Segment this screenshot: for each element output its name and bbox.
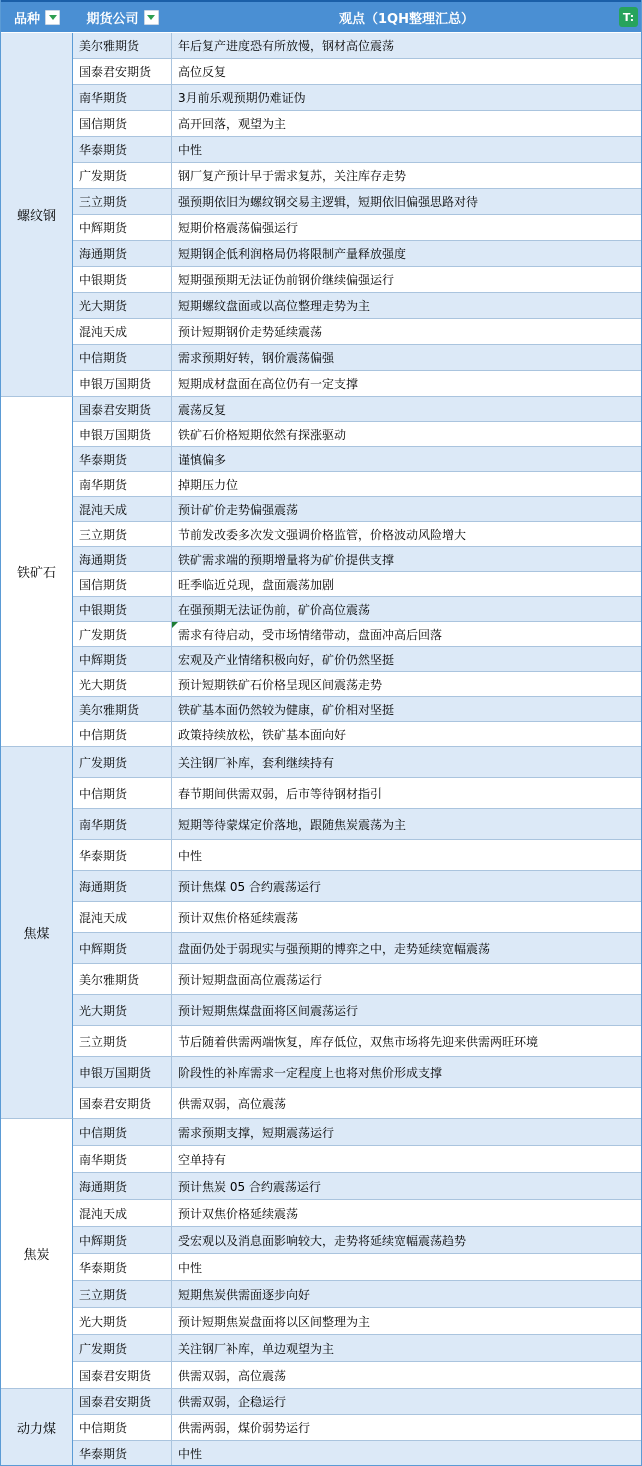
company-cell[interactable]: 南华期货 <box>73 1146 172 1172</box>
company-cell[interactable]: 申银万国期货 <box>73 422 172 446</box>
chevron-down-icon <box>49 15 57 20</box>
view-cell[interactable]: 谨慎偏多 <box>172 447 641 471</box>
view-cell[interactable]: 在强预期无法证伪前，矿价高位震荡 <box>172 597 641 621</box>
view-cell[interactable]: 震荡反复 <box>172 397 641 421</box>
view-cell[interactable]: 供需两弱，煤价弱势运行 <box>172 1415 641 1440</box>
table-row: 中银期货 短期强预期无法证伪前钢价继续偏强运行 <box>73 267 641 293</box>
view-text: 预计短期铁矿石价格呈现区间震荡走势 <box>178 676 382 693</box>
view-text: 供需双弱，高位震荡 <box>178 1095 286 1112</box>
table-body: 螺纹钢 美尔雅期货 年后复产进度恐有所放慢，钢材高位震荡 国泰君安期货 高位反复… <box>1 33 641 1466</box>
company-cell[interactable]: 华泰期货 <box>73 1441 172 1466</box>
view-cell[interactable]: 3月前乐观预期仍难证伪 <box>172 85 641 110</box>
table-row: 三立期货 节前发改委多次发文强调价格监管，价格波动风险增大 <box>73 522 641 547</box>
view-text: 供需双弱，企稳运行 <box>178 1393 286 1410</box>
view-cell[interactable]: 预计双焦价格延续震荡 <box>172 1200 641 1226</box>
view-text: 中性 <box>178 1259 202 1276</box>
view-text: 关注钢厂补库，套利继续持有 <box>178 754 334 771</box>
view-cell[interactable]: 预计短期钢价走势延续震荡 <box>172 319 641 344</box>
view-cell[interactable]: 节前发改委多次发文强调价格监管，价格波动风险增大 <box>172 522 641 546</box>
table-row: 中辉期货 短期价格震荡偏强运行 <box>73 215 641 241</box>
company-cell[interactable]: 中辉期货 <box>73 1227 172 1253</box>
view-cell[interactable]: 中性 <box>172 137 641 162</box>
company-cell[interactable]: 海通期货 <box>73 1173 172 1199</box>
view-text: 受宏观以及消息面影响较大，走势将延续宽幅震荡趋势 <box>178 1232 466 1249</box>
table-row: 国泰君安期货 供需双弱，高位震荡 <box>73 1088 641 1119</box>
view-text: 年后复产进度恐有所放慢，钢材高位震荡 <box>178 37 394 54</box>
view-cell[interactable]: 短期焦炭供需面逐步向好 <box>172 1281 641 1307</box>
variety-cell[interactable]: 焦炭 <box>1 1119 73 1389</box>
futures-views-table: 品种 期货公司 观点（1QH整理汇总） T: 螺纹钢 美尔雅期货 年后复产进度恐… <box>0 0 642 1466</box>
company-cell[interactable]: 中信期货 <box>73 1119 172 1145</box>
view-text: 3月前乐观预期仍难证伪 <box>178 89 306 106</box>
table-row: 华泰期货 中性 <box>73 137 641 163</box>
view-text: 短期成材盘面在高位仍有一定支撑 <box>178 375 358 392</box>
view-text: 短期螺纹盘面或以高位整理走势为主 <box>178 297 370 314</box>
table-row: 广发期货 需求有待启动，受市场情绪带动，盘面冲高后回落 <box>73 622 641 647</box>
table-row: 美尔雅期货 铁矿基本面仍然较为健康，矿价相对坚挺 <box>73 697 641 722</box>
view-text: 中性 <box>178 1445 202 1462</box>
company-cell[interactable]: 中信期货 <box>73 1415 172 1440</box>
view-cell[interactable]: 盘面仍处于弱现实与强预期的博弈之中，走势延续宽幅震荡 <box>172 933 641 963</box>
view-text: 盘面仍处于弱现实与强预期的博弈之中，走势延续宽幅震荡 <box>178 940 490 957</box>
table-row: 中辉期货 受宏观以及消息面影响较大，走势将延续宽幅震荡趋势 <box>73 1227 641 1254</box>
table-row: 南华期货 掉期压力位 <box>73 472 641 497</box>
table-row: 三立期货 短期焦炭供需面逐步向好 <box>73 1281 641 1308</box>
company-cell[interactable]: 美尔雅期货 <box>73 697 172 721</box>
view-text: 预计双焦价格延续震荡 <box>178 1205 298 1222</box>
table-row: 南华期货 空单持有 <box>73 1146 641 1173</box>
company-column-label: 期货公司 <box>86 8 138 27</box>
company-cell[interactable]: 广发期货 <box>73 622 172 646</box>
view-text: 钢厂复产预计早于需求复苏，关注库存走势 <box>178 167 406 184</box>
table-row: 海通期货 预计焦煤 05 合约震荡运行 <box>73 871 641 902</box>
view-text: 预计短期盘面高位震荡运行 <box>178 971 322 988</box>
table-row: 混沌天成 预计双焦价格延续震荡 <box>73 1200 641 1227</box>
company-cell[interactable]: 申银万国期货 <box>73 1057 172 1087</box>
table-row: 华泰期货 中性 <box>73 840 641 871</box>
company-cell[interactable]: 混沌天成 <box>73 319 172 344</box>
commodity-section: 焦炭 中信期货 需求预期支撑，短期震荡运行 南华期货 空单持有 海通期货 预计焦… <box>1 1119 641 1389</box>
view-text: 震荡反复 <box>178 401 226 418</box>
view-text: 政策持续放松，铁矿基本面向好 <box>178 726 346 743</box>
table-row: 国信期货 高开回落，观望为主 <box>73 111 641 137</box>
table-row: 中辉期货 宏观及产业情绪积极向好，矿价仍然坚挺 <box>73 647 641 672</box>
view-cell[interactable]: 关注钢厂补库，套利继续持有 <box>172 747 641 777</box>
view-cell[interactable]: 短期强预期无法证伪前钢价继续偏强运行 <box>172 267 641 292</box>
table-row: 美尔雅期货 预计短期盘面高位震荡运行 <box>73 964 641 995</box>
view-cell[interactable]: 预计短期盘面高位震荡运行 <box>172 964 641 994</box>
section-rows: 中信期货 需求预期支撑，短期震荡运行 南华期货 空单持有 海通期货 预计焦炭 0… <box>73 1119 641 1389</box>
view-cell[interactable]: 铁矿需求端的预期增量将为矿价提供支撑 <box>172 547 641 571</box>
commodity-section: 螺纹钢 美尔雅期货 年后复产进度恐有所放慢，钢材高位震荡 国泰君安期货 高位反复… <box>1 33 641 397</box>
header-cell-view[interactable]: 观点（1QH整理汇总） <box>172 2 641 32</box>
table-row: 中银期货 在强预期无法证伪前，矿价高位震荡 <box>73 597 641 622</box>
section-rows: 美尔雅期货 年后复产进度恐有所放慢，钢材高位震荡 国泰君安期货 高位反复 南华期… <box>73 33 641 397</box>
table-row: 申银万国期货 阶段性的补库需求一定程度上也将对焦价形成支撑 <box>73 1057 641 1088</box>
company-cell[interactable]: 国信期货 <box>73 572 172 596</box>
view-text: 中性 <box>178 847 202 864</box>
company-cell[interactable]: 中信期货 <box>73 722 172 746</box>
commodity-section: 铁矿石 国泰君安期货 震荡反复 申银万国期货 铁矿石价格短期依然有探涨驱动 华泰… <box>1 397 641 747</box>
view-text: 节后随着供需两端恢复，库存低位，双焦市场将先迎来供需两旺环境 <box>178 1033 538 1050</box>
view-cell[interactable]: 需求预期好转，钢价震荡偏强 <box>172 345 641 370</box>
view-text: 短期价格震荡偏强运行 <box>178 219 298 236</box>
view-cell[interactable]: 政策持续放松，铁矿基本面向好 <box>172 722 641 746</box>
view-text: 阶段性的补库需求一定程度上也将对焦价形成支撑 <box>178 1064 442 1081</box>
view-cell[interactable]: 需求有待启动，受市场情绪带动，盘面冲高后回落 <box>172 622 641 646</box>
view-cell[interactable]: 预计矿价走势偏强震荡 <box>172 497 641 521</box>
view-text: 预计矿价走势偏强震荡 <box>178 501 298 518</box>
table-row: 中信期货 需求预期好转，钢价震荡偏强 <box>73 345 641 371</box>
table-row: 三立期货 节后随着供需两端恢复，库存低位，双焦市场将先迎来供需两旺环境 <box>73 1026 641 1057</box>
view-cell[interactable]: 预计双焦价格延续震荡 <box>172 902 641 932</box>
view-text: 短期等待蒙煤定价落地，跟随焦炭震荡为主 <box>178 816 406 833</box>
view-cell[interactable]: 短期等待蒙煤定价落地，跟随焦炭震荡为主 <box>172 809 641 839</box>
company-cell[interactable]: 中辉期货 <box>73 933 172 963</box>
table-row: 广发期货 关注钢厂补库，套利继续持有 <box>73 747 641 778</box>
company-cell[interactable]: 华泰期货 <box>73 137 172 162</box>
view-text: 铁矿需求端的预期增量将为矿价提供支撑 <box>178 551 394 568</box>
view-cell[interactable]: 短期成材盘面在高位仍有一定支撑 <box>172 371 641 396</box>
table-row: 混沌天成 预计短期钢价走势延续震荡 <box>73 319 641 345</box>
table-row: 海通期货 预计焦炭 05 合约震荡运行 <box>73 1173 641 1200</box>
view-text: 中性 <box>178 141 202 158</box>
table-row: 海通期货 铁矿需求端的预期增量将为矿价提供支撑 <box>73 547 641 572</box>
table-row: 南华期货 3月前乐观预期仍难证伪 <box>73 85 641 111</box>
view-cell[interactable]: 中性 <box>172 840 641 870</box>
company-cell[interactable]: 中辉期货 <box>73 647 172 671</box>
company-cell[interactable]: 光大期货 <box>73 293 172 318</box>
company-cell[interactable]: 三立期货 <box>73 522 172 546</box>
view-cell[interactable]: 节后随着供需两端恢复，库存低位，双焦市场将先迎来供需两旺环境 <box>172 1026 641 1056</box>
table-row: 三立期货 强预期依旧为螺纹钢交易主逻辑，短期依旧偏强思路对待 <box>73 189 641 215</box>
view-text: 预计短期焦煤盘面将区间震荡运行 <box>178 1002 358 1019</box>
view-cell[interactable]: 受宏观以及消息面影响较大，走势将延续宽幅震荡趋势 <box>172 1227 641 1253</box>
view-text: 短期强预期无法证伪前钢价继续偏强运行 <box>178 271 394 288</box>
table-row: 中信期货 春节期间供需双弱，后市等待钢材指引 <box>73 778 641 809</box>
view-cell[interactable]: 强预期依旧为螺纹钢交易主逻辑，短期依旧偏强思路对待 <box>172 189 641 214</box>
company-cell[interactable]: 三立期货 <box>73 1281 172 1307</box>
section-rows: 国泰君安期货 震荡反复 申银万国期货 铁矿石价格短期依然有探涨驱动 华泰期货 谨… <box>73 397 641 747</box>
view-cell[interactable]: 供需双弱，高位震荡 <box>172 1362 641 1388</box>
view-cell[interactable]: 关注钢厂补库，单边观望为主 <box>172 1335 641 1361</box>
table-row: 国泰君安期货 震荡反复 <box>73 397 641 422</box>
company-cell[interactable]: 广发期货 <box>73 163 172 188</box>
section-rows: 国泰君安期货 供需双弱，企稳运行 中信期货 供需两弱，煤价弱势运行 华泰期货 中… <box>73 1389 641 1466</box>
table-row: 广发期货 关注钢厂补库，单边观望为主 <box>73 1335 641 1362</box>
table-row: 华泰期货 中性 <box>73 1441 641 1466</box>
view-text: 预计双焦价格延续震荡 <box>178 909 298 926</box>
view-text: 短期钢企低利润格局仍将限制产量释放强度 <box>178 245 406 262</box>
company-cell[interactable]: 南华期货 <box>73 809 172 839</box>
variety-filter-button[interactable] <box>45 10 60 25</box>
table-row: 华泰期货 谨慎偏多 <box>73 447 641 472</box>
section-rows: 广发期货 关注钢厂补库，套利继续持有 中信期货 春节期间供需双弱，后市等待钢材指… <box>73 747 641 1119</box>
view-cell[interactable]: 阶段性的补库需求一定程度上也将对焦价形成支撑 <box>172 1057 641 1087</box>
company-cell[interactable]: 国信期货 <box>73 111 172 136</box>
company-cell[interactable]: 申银万国期货 <box>73 371 172 396</box>
view-column-label: 观点（1QH整理汇总） <box>339 8 474 27</box>
view-cell[interactable]: 高开回落，观望为主 <box>172 111 641 136</box>
company-filter-button[interactable] <box>144 10 159 25</box>
header-cell-company[interactable]: 期货公司 <box>73 2 172 32</box>
table-row: 光大期货 预计短期焦煤盘面将区间震荡运行 <box>73 995 641 1026</box>
company-cell[interactable]: 三立期货 <box>73 1026 172 1056</box>
company-cell[interactable]: 光大期货 <box>73 672 172 696</box>
view-cell[interactable]: 短期螺纹盘面或以高位整理走势为主 <box>172 293 641 318</box>
company-cell[interactable]: 国泰君安期货 <box>73 1088 172 1118</box>
company-cell[interactable]: 国泰君安期货 <box>73 59 172 84</box>
view-text: 在强预期无法证伪前，矿价高位震荡 <box>178 601 370 618</box>
company-cell[interactable]: 中银期货 <box>73 597 172 621</box>
company-cell[interactable]: 混沌天成 <box>73 902 172 932</box>
company-cell[interactable]: 混沌天成 <box>73 497 172 521</box>
view-text: 预计短期钢价走势延续震荡 <box>178 323 322 340</box>
view-cell[interactable]: 需求预期支撑，短期震荡运行 <box>172 1119 641 1145</box>
table-row: 美尔雅期货 年后复产进度恐有所放慢，钢材高位震荡 <box>73 33 641 59</box>
view-text: 需求预期好转，钢价震荡偏强 <box>178 349 334 366</box>
chevron-down-icon <box>147 15 155 20</box>
company-cell[interactable]: 中辉期货 <box>73 215 172 240</box>
table-row: 中信期货 需求预期支撑，短期震荡运行 <box>73 1119 641 1146</box>
view-cell[interactable]: 短期价格震荡偏强运行 <box>172 215 641 240</box>
view-cell[interactable]: 掉期压力位 <box>172 472 641 496</box>
table-row: 混沌天成 预计矿价走势偏强震荡 <box>73 497 641 522</box>
view-text: 预计焦煤 05 合约震荡运行 <box>178 878 321 895</box>
view-text: 掉期压力位 <box>178 476 238 493</box>
company-cell[interactable]: 国泰君安期货 <box>73 1362 172 1388</box>
table-row: 国泰君安期货 高位反复 <box>73 59 641 85</box>
table-row: 国信期货 旺季临近兑现，盘面震荡加剧 <box>73 572 641 597</box>
company-cell[interactable]: 华泰期货 <box>73 840 172 870</box>
view-text: 高开回落，观望为主 <box>178 115 286 132</box>
company-cell[interactable]: 华泰期货 <box>73 1254 172 1280</box>
company-cell[interactable]: 海通期货 <box>73 547 172 571</box>
table-header-row: 品种 期货公司 观点（1QH整理汇总） T: <box>1 0 641 33</box>
commodity-section: 焦煤 广发期货 关注钢厂补库，套利继续持有 中信期货 春节期间供需双弱，后市等待… <box>1 747 641 1119</box>
variety-column-label: 品种 <box>14 8 40 27</box>
company-cell[interactable]: 海通期货 <box>73 871 172 901</box>
view-text: 预计短期焦炭盘面将以区间整理为主 <box>178 1313 370 1330</box>
table-row: 混沌天成 预计双焦价格延续震荡 <box>73 902 641 933</box>
table-row: 光大期货 预计短期焦炭盘面将以区间整理为主 <box>73 1308 641 1335</box>
table-row: 广发期货 钢厂复产预计早于需求复苏，关注库存走势 <box>73 163 641 189</box>
view-cell[interactable]: 高位反复 <box>172 59 641 84</box>
view-cell[interactable]: 铁矿石价格短期依然有探涨驱动 <box>172 422 641 446</box>
view-text: 节前发改委多次发文强调价格监管，价格波动风险增大 <box>178 526 466 543</box>
view-text: 高位反复 <box>178 63 226 80</box>
view-text: 需求有待启动，受市场情绪带动，盘面冲高后回落 <box>178 626 442 643</box>
view-text: 谨慎偏多 <box>178 451 226 468</box>
table-row: 申银万国期货 铁矿石价格短期依然有探涨驱动 <box>73 422 641 447</box>
view-cell[interactable]: 宏观及产业情绪积极向好，矿价仍然坚挺 <box>172 647 641 671</box>
company-cell[interactable]: 美尔雅期货 <box>73 964 172 994</box>
view-cell[interactable]: 预计短期铁矿石价格呈现区间震荡走势 <box>172 672 641 696</box>
view-cell[interactable]: 供需双弱，企稳运行 <box>172 1389 641 1414</box>
table-row: 光大期货 短期螺纹盘面或以高位整理走势为主 <box>73 293 641 319</box>
view-text: 短期焦炭供需面逐步向好 <box>178 1286 310 1303</box>
variety-cell[interactable]: 螺纹钢 <box>1 33 73 397</box>
view-cell[interactable]: 空单持有 <box>172 1146 641 1172</box>
view-cell[interactable]: 中性 <box>172 1254 641 1280</box>
view-text: 空单持有 <box>178 1151 226 1168</box>
company-cell[interactable]: 国泰君安期货 <box>73 397 172 421</box>
table-row: 南华期货 短期等待蒙煤定价落地，跟随焦炭震荡为主 <box>73 809 641 840</box>
table-row: 海通期货 短期钢企低利润格局仍将限制产量释放强度 <box>73 241 641 267</box>
table-row: 华泰期货 中性 <box>73 1254 641 1281</box>
company-cell[interactable]: 中信期货 <box>73 345 172 370</box>
view-text: 强预期依旧为螺纹钢交易主逻辑，短期依旧偏强思路对待 <box>178 193 478 210</box>
view-text: 旺季临近兑现，盘面震荡加剧 <box>178 576 334 593</box>
table-row: 国泰君安期货 供需双弱，高位震荡 <box>73 1362 641 1389</box>
commodity-section: 动力煤 国泰君安期货 供需双弱，企稳运行 中信期货 供需两弱，煤价弱势运行 华泰… <box>1 1389 641 1466</box>
table-row: 申银万国期货 短期成材盘面在高位仍有一定支撑 <box>73 371 641 397</box>
company-cell[interactable]: 海通期货 <box>73 241 172 266</box>
view-text: 需求预期支撑，短期震荡运行 <box>178 1124 334 1141</box>
view-cell[interactable]: 预计焦煤 05 合约震荡运行 <box>172 871 641 901</box>
company-cell[interactable]: 混沌天成 <box>73 1200 172 1226</box>
table-row: 中辉期货 盘面仍处于弱现实与强预期的博弈之中，走势延续宽幅震荡 <box>73 933 641 964</box>
table-row: 中信期货 供需两弱，煤价弱势运行 <box>73 1415 641 1441</box>
table-row: 光大期货 预计短期铁矿石价格呈现区间震荡走势 <box>73 672 641 697</box>
company-cell[interactable]: 广发期货 <box>73 1335 172 1361</box>
view-text: 供需双弱，高位震荡 <box>178 1367 286 1384</box>
company-cell[interactable]: 美尔雅期货 <box>73 33 172 58</box>
view-cell[interactable]: 旺季临近兑现，盘面震荡加剧 <box>172 572 641 596</box>
company-cell[interactable]: 广发期货 <box>73 747 172 777</box>
company-cell[interactable]: 中信期货 <box>73 778 172 808</box>
view-cell[interactable]: 预计焦炭 05 合约震荡运行 <box>172 1173 641 1199</box>
view-text: 预计焦炭 05 合约震荡运行 <box>178 1178 321 1195</box>
company-cell[interactable]: 国泰君安期货 <box>73 1389 172 1414</box>
view-cell[interactable]: 铁矿基本面仍然较为健康，矿价相对坚挺 <box>172 697 641 721</box>
view-cell[interactable]: 年后复产进度恐有所放慢，钢材高位震荡 <box>172 33 641 58</box>
view-cell[interactable]: 春节期间供需双弱，后市等待钢材指引 <box>172 778 641 808</box>
company-cell[interactable]: 南华期货 <box>73 472 172 496</box>
view-cell[interactable]: 中性 <box>172 1441 641 1466</box>
table-row: 国泰君安期货 供需双弱，企稳运行 <box>73 1389 641 1415</box>
view-text: 供需两弱，煤价弱势运行 <box>178 1419 310 1436</box>
view-text: 关注钢厂补库，单边观望为主 <box>178 1340 334 1357</box>
company-cell[interactable]: 光大期货 <box>73 995 172 1025</box>
table-filter-icon[interactable]: T: <box>619 7 638 27</box>
view-text: 铁矿石价格短期依然有探涨驱动 <box>178 426 346 443</box>
view-text: 铁矿基本面仍然较为健康，矿价相对坚挺 <box>178 701 394 718</box>
view-cell[interactable]: 预计短期焦煤盘面将区间震荡运行 <box>172 995 641 1025</box>
variety-cell[interactable]: 焦煤 <box>1 747 73 1119</box>
view-cell[interactable]: 钢厂复产预计早于需求复苏，关注库存走势 <box>172 163 641 188</box>
company-cell[interactable]: 光大期货 <box>73 1308 172 1334</box>
header-cell-variety[interactable]: 品种 <box>1 2 73 32</box>
view-cell[interactable]: 预计短期焦炭盘面将以区间整理为主 <box>172 1308 641 1334</box>
view-cell[interactable]: 供需双弱，高位震荡 <box>172 1088 641 1118</box>
view-cell[interactable]: 短期钢企低利润格局仍将限制产量释放强度 <box>172 241 641 266</box>
company-cell[interactable]: 南华期货 <box>73 85 172 110</box>
company-cell[interactable]: 华泰期货 <box>73 447 172 471</box>
variety-cell[interactable]: 铁矿石 <box>1 397 73 747</box>
view-text: 宏观及产业情绪积极向好，矿价仍然坚挺 <box>178 651 394 668</box>
company-cell[interactable]: 三立期货 <box>73 189 172 214</box>
table-row: 中信期货 政策持续放松，铁矿基本面向好 <box>73 722 641 747</box>
company-cell[interactable]: 中银期货 <box>73 267 172 292</box>
view-text: 春节期间供需双弱，后市等待钢材指引 <box>178 785 382 802</box>
variety-cell[interactable]: 动力煤 <box>1 1389 73 1466</box>
